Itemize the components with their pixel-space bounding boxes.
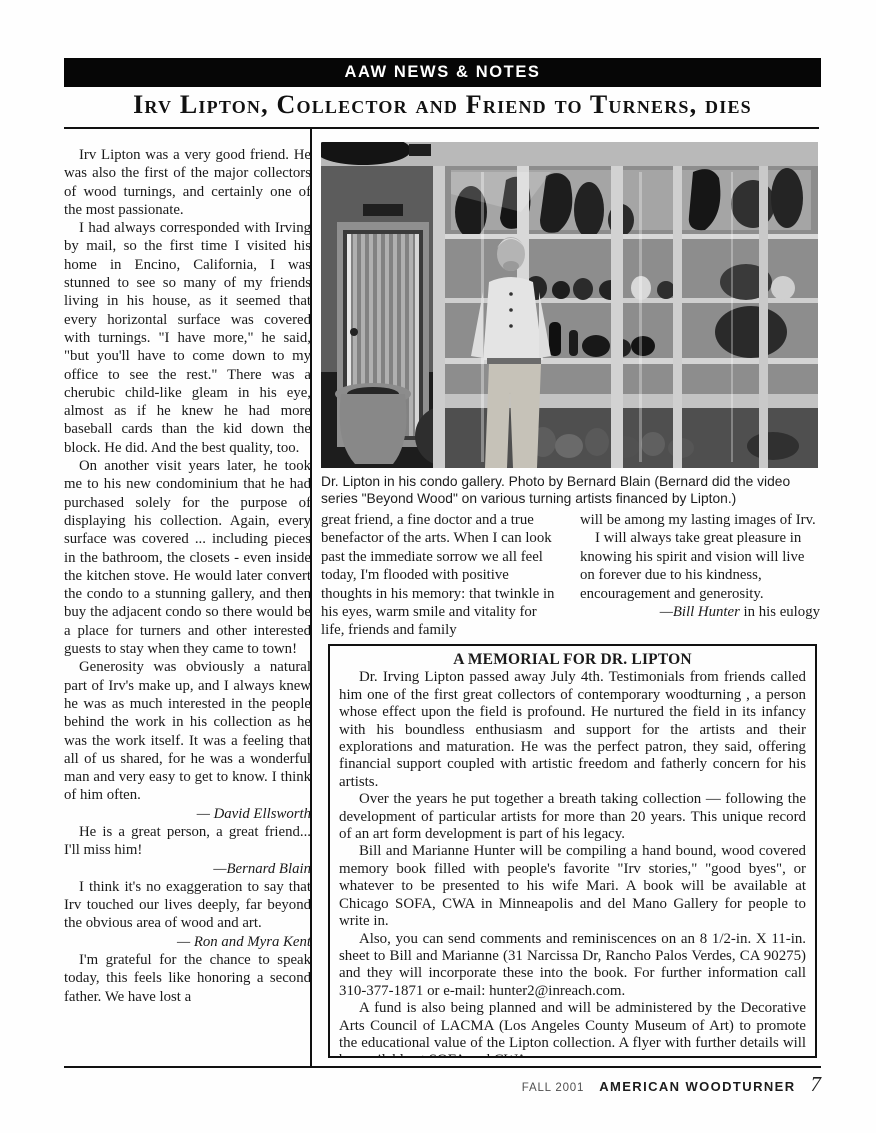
paragraph: Generosity was obviously a natural part … [64, 658, 311, 804]
lipton-photo [321, 142, 818, 468]
paragraph: Also, you can send comments and reminisc… [339, 931, 806, 1001]
paragraph: A fund is also being planned and will be… [339, 1000, 806, 1058]
attribution-suffix: in his eulogy [740, 604, 820, 620]
paragraph: Irv Lipton was a very good friend. He wa… [64, 146, 311, 219]
right-text-column: will be among my lasting images of Irv. … [580, 511, 820, 621]
paragraph: will be among my lasting images of Irv. [580, 511, 820, 529]
footer-rule [64, 1066, 821, 1068]
section-banner: AAW NEWS & NOTES [64, 58, 821, 87]
paragraph: Dr. Irving Lipton passed away July 4th. … [339, 669, 806, 791]
paragraph: He is a great person, a great friend... … [64, 823, 311, 860]
attribution-name: —Bill Hunter [660, 604, 740, 620]
attribution-bernard-blain: —Bernard Blain [64, 860, 311, 878]
magazine-page: AAW NEWS & NOTES Irv Lipton, Collector a… [0, 0, 876, 1133]
footer-page-number: 7 [811, 1072, 822, 1097]
paragraph: I will always take great pleasure in kno… [580, 529, 820, 603]
attribution-ron-myra-kent: — Ron and Myra Kent [64, 933, 311, 951]
paragraph: great friend, a fine doctor and a true b… [321, 511, 559, 640]
paragraph: On another visit years later, he took me… [64, 457, 311, 658]
section-banner-title: AAW NEWS & NOTES [344, 63, 540, 82]
paragraph: I'm grateful for the chance to speak tod… [64, 951, 311, 1006]
memorial-title: A MEMORIAL FOR DR. LIPTON [339, 651, 806, 668]
memorial-box: A MEMORIAL FOR DR. LIPTON Dr. Irving Lip… [328, 644, 817, 1058]
attribution-bill-hunter: —Bill Hunter in his eulogy [580, 603, 820, 621]
middle-text-column: great friend, a fine doctor and a true b… [321, 511, 559, 640]
paragraph: Over the years he put together a breath … [339, 791, 806, 843]
paragraph: I think it's no exaggeration to say that… [64, 878, 311, 933]
paragraph: Bill and Marianne Hunter will be compili… [339, 843, 806, 930]
article-headline: Irv Lipton, Collector and Friend to Turn… [64, 90, 821, 120]
paragraph: I had always corresponded with Irving by… [64, 219, 311, 457]
footer-magazine-title: AMERICAN WOODTURNER [599, 1079, 795, 1094]
headline-rule [64, 127, 819, 129]
left-text-column: Irv Lipton was a very good friend. He wa… [64, 146, 311, 1006]
lipton-photo-illustration [321, 142, 818, 468]
page-footer: FALL 2001 AMERICAN WOODTURNER 7 [64, 1072, 821, 1097]
footer-season: FALL 2001 [522, 1082, 584, 1094]
photo-caption: Dr. Lipton in his condo gallery. Photo b… [321, 473, 818, 507]
attribution-david-ellsworth: — David Ellsworth [64, 805, 311, 823]
